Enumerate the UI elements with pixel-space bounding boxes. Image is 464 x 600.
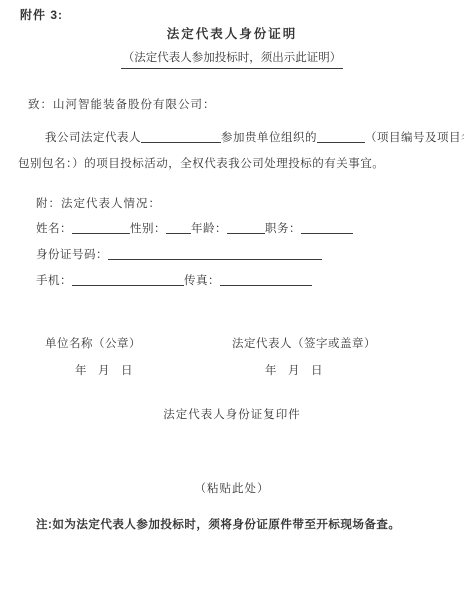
document-subtitle-text: （法定代表人参加投标时，须出示此证明）	[121, 49, 344, 69]
name-blank-line	[72, 222, 130, 234]
salutation-line: 致：山河智能装备股份有限公司：	[28, 96, 216, 112]
paragraph-line1-part1: 我公司法定代表人	[45, 132, 141, 144]
paragraph-line1-part2: 参加贵单位组织的	[221, 132, 317, 144]
paste-here-placeholder: （粘贴此处）	[0, 480, 464, 496]
company-date-line: 年 月 日	[75, 362, 133, 378]
document-title: 法定代表人身份证明	[0, 24, 464, 42]
project-blank-line	[317, 131, 365, 143]
footer-note: 注:如为法定代表人参加投标时，须将身份证原件带至开标现场备查。	[36, 516, 400, 532]
paragraph-line-2: 包别包名：）的项目投标活动，全权代表我公司处理投标的有关事宜。	[18, 155, 384, 171]
company-seal-label: 单位名称（公章）	[45, 335, 141, 351]
duty-label: 职务：	[265, 223, 301, 235]
rep-info-heading: 附：法定代表人情况：	[36, 195, 161, 211]
legal-rep-signature-label: 法定代表人（签字或盖章）	[232, 335, 376, 351]
rep-name-blank-line	[141, 131, 221, 143]
duty-blank-line	[301, 222, 353, 234]
document-page: 附件 3: 法定代表人身份证明 （法定代表人参加投标时，须出示此证明） 致：山河…	[0, 0, 464, 600]
rep-basic-info-row: 姓名：性别：年龄：职务：	[36, 220, 353, 236]
id-number-blank-line	[108, 248, 322, 260]
paragraph-line1-part3: （项目编号及项目名称、	[365, 132, 464, 144]
age-blank-line	[227, 222, 265, 234]
gender-label: 性别：	[130, 223, 166, 235]
id-copy-heading: 法定代表人身份证复印件	[0, 406, 464, 422]
contact-row: 手机：传真：	[36, 272, 312, 288]
mobile-blank-line	[72, 274, 184, 286]
document-subtitle: （法定代表人参加投标时，须出示此证明）	[0, 49, 464, 69]
age-label: 年龄：	[191, 223, 227, 235]
id-number-row: 身份证号码：	[36, 246, 322, 262]
id-number-label: 身份证号码：	[36, 249, 108, 261]
gender-blank-line	[166, 222, 191, 234]
fax-label: 传真：	[184, 275, 220, 287]
name-label: 姓名：	[36, 223, 72, 235]
attachment-label: 附件 3:	[20, 6, 63, 23]
fax-blank-line	[220, 274, 312, 286]
legal-rep-date-line: 年 月 日	[265, 362, 323, 378]
paragraph-line-1: 我公司法定代表人参加贵单位组织的（项目编号及项目名称、	[45, 129, 464, 145]
mobile-label: 手机：	[36, 275, 72, 287]
